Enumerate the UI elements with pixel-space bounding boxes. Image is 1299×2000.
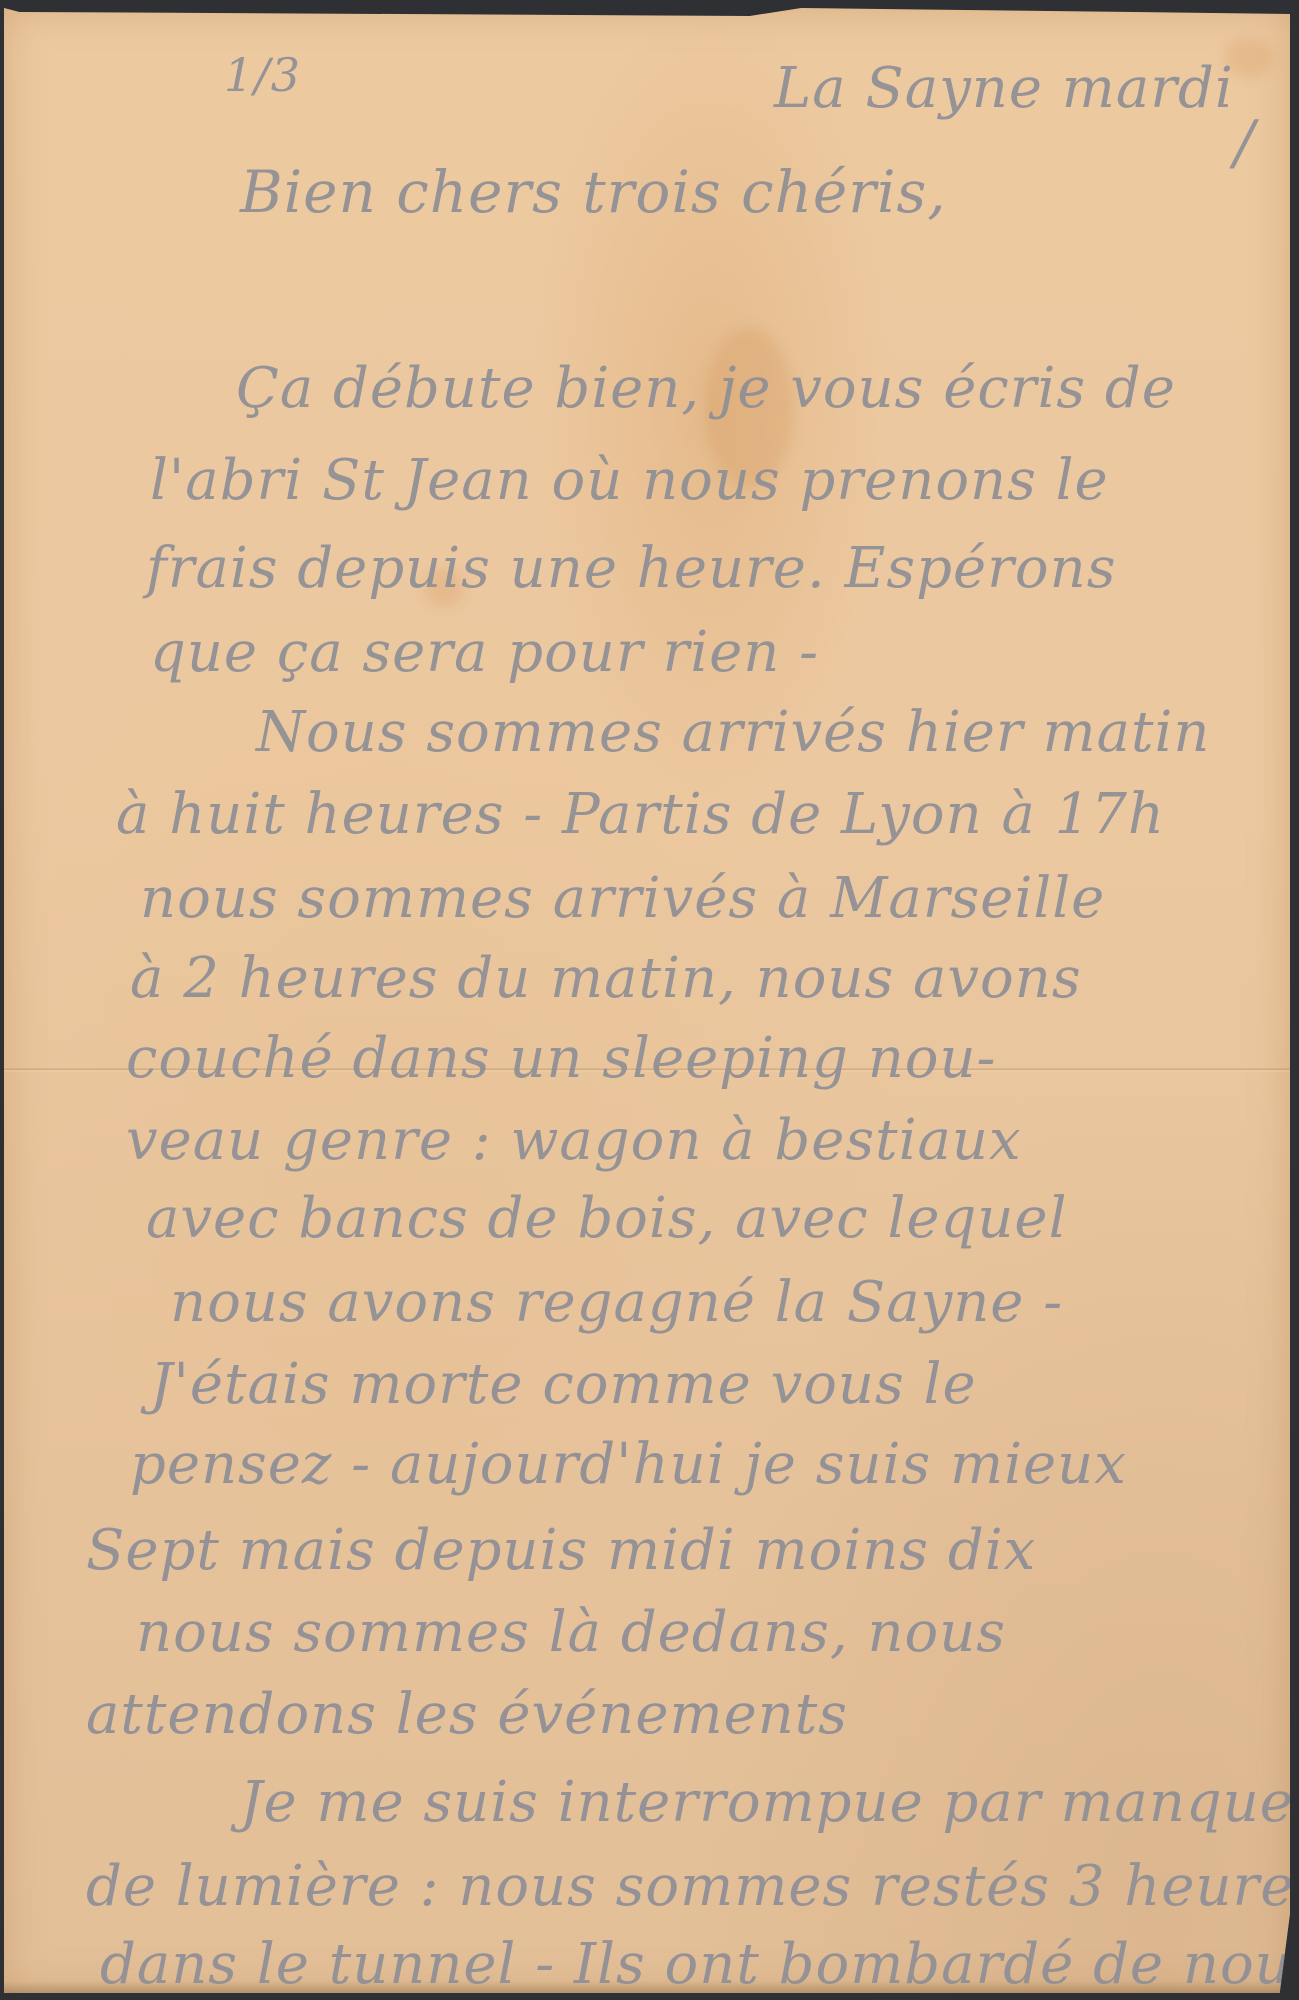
letter-line: Ça débute bien, je vous écris de [236,356,1176,421]
letter-line: Sept mais depuis midi moins dix [86,1518,1036,1583]
letter-line: l'abri St Jean où nous prenons le [150,448,1109,513]
letter-line: Nous sommes arrivés hier matin [256,700,1210,765]
letter-page: 1/3 La Sayne mardi / Bien chers trois ch… [4,8,1290,1993]
letter-line: J'étais morte comme vous le [150,1352,977,1417]
page-number: 1/3 [224,48,301,102]
letter-line: nous sommes là dedans, nous [136,1600,1006,1665]
letter-line: de lumière : nous sommes restés 3 heures [86,1854,1299,1919]
salutation: Bien chers trois chéris, [240,158,947,226]
letter-line: attendons les événements [86,1682,848,1747]
date-tick-mark: / [1234,108,1255,178]
letter-line: couché dans un sleeping nou- [126,1026,996,1091]
letter-line: nous avons regagné la Sayne - [170,1270,1063,1335]
letter-line: que ça sera pour rien - [150,620,819,685]
letter-line: dans le tunnel - Ils ont bombardé de nou… [100,1932,1299,1997]
letter-line: Je me suis interrompue par manque [240,1770,1294,1835]
letter-line: à 2 heures du matin, nous avons [130,946,1082,1011]
letter-line: pensez - aujourd'hui je suis mieux [130,1432,1127,1497]
letter-line: à huit heures - Partis de Lyon à 17h [116,782,1165,847]
place-date-heading: La Sayne mardi [774,56,1234,121]
letter-line: avec bancs de bois, avec lequel [146,1186,1067,1251]
letter-line: nous sommes arrivés à Marseille [140,866,1105,931]
letter-line: frais depuis une heure. Espérons [146,536,1116,601]
letter-line: veau genre : wagon à bestiaux [126,1108,1022,1173]
